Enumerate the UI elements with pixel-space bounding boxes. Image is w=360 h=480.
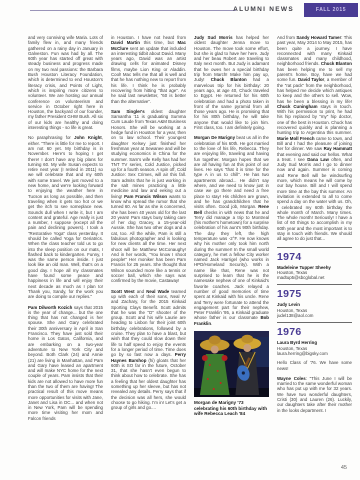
class-agent-location: Houston, Texas [277,270,307,275]
paragraph: Pam Dilworth Kozich says that 2015 is th… [28,305,103,422]
paragraph: Sam Singler's oldest daughter Samantha '… [111,109,186,284]
magazine-page: ALUMNI NEWS FALL 2015 and very conniving… [0,0,360,480]
column-2: in Houston. I have not heard from David … [111,35,186,459]
paragraph: in Houston. I have not heard from David … [111,35,186,104]
class-year-list: 1974Madeleine Tupper SheehyHouston, Texa… [277,247,352,357]
text-columns: and very conniving wife Maria. Lots of f… [28,35,352,459]
class-agent-name: Laura Byrd Herring [277,340,317,345]
paragraph: Morgan De Marigny beat us all in the cel… [194,135,269,326]
photo-caption: Morgan de Marigny '73 celebrating his 60… [194,400,269,417]
photo-morgan-birthday [194,331,269,397]
paragraph: Judy Sud Morris has helped her oldest da… [194,35,269,130]
class-agent-name: Judy Levin [277,302,300,307]
class-year-section: 1975Judy LevinHouston, Texasjudel138@aol… [277,284,352,318]
class-agent-name: Madeleine Tupper Sheehy [277,265,331,270]
paragraph: No paraphrasing for John Knight, either.… [28,135,103,299]
column-4-text-bottom: Hello Class of '76. We have some news!Wa… [277,360,352,413]
class-year-heading: 1974 [277,251,352,263]
class-agent-email: laura.herring@bigsky.com [277,351,328,356]
column-4: And from Sandy Howard Tamer: This past y… [277,35,352,459]
paragraph: Wayne Coles: "This June I will be marrie… [277,376,352,413]
birthday-photo-figure: Morgan de Marigny '73 celebrating his 60… [194,331,269,417]
column-4-text-top: And from Sandy Howard Tamer: This past y… [277,35,352,242]
page-number: 45 [341,465,347,471]
class-year-section: 1976Laura Byrd HerringHouston, Texaslaur… [277,322,352,356]
class-agent-location: Houston, Texas [277,346,307,351]
column-2-text: in Houston. I have not heard from David … [111,35,186,410]
class-year-heading: 1976 [277,326,352,338]
column-3-text: Judy Sud Morris has helped her oldest da… [194,35,269,326]
class-year-heading: 1975 [277,288,352,300]
paragraph: And from Sandy Howard Tamer: This past y… [277,35,352,242]
column-3: Judy Sud Morris has helped her oldest da… [194,35,269,459]
paragraph: Hello Class of '76. We have some news! [277,360,352,371]
issue-badge: FALL 2015 [304,3,358,17]
paragraph: Scott West and Neal Wade teamed up with … [111,289,186,411]
class-agent-contact: Judy LevinHouston, Texasjudel138@aol.com [277,302,352,318]
class-year-section: 1974Madeleine Tupper SheehyHouston, Texa… [277,247,352,281]
class-agent-location: Houston, Texas [277,308,307,313]
column-1: and very conniving wife Maria. Lots of f… [28,35,103,459]
mariachi-cutout-illustration [194,331,269,397]
class-agent-contact: Laura Byrd HerringHouston, Texaslaura.he… [277,340,352,356]
class-agent-contact: Madeleine Tupper SheehyHouston, Texasmad… [277,265,352,281]
paragraph: and very conniving wife Maria. Lots of f… [28,35,103,130]
class-agent-email: judel138@aol.com [277,313,313,318]
header-rule [30,10,236,11]
class-agent-email: madtup5@sbcglobal.net [277,275,324,280]
section-label: ALUMNI NEWS [233,6,294,13]
column-1-text: and very conniving wife Maria. Lots of f… [28,35,103,421]
